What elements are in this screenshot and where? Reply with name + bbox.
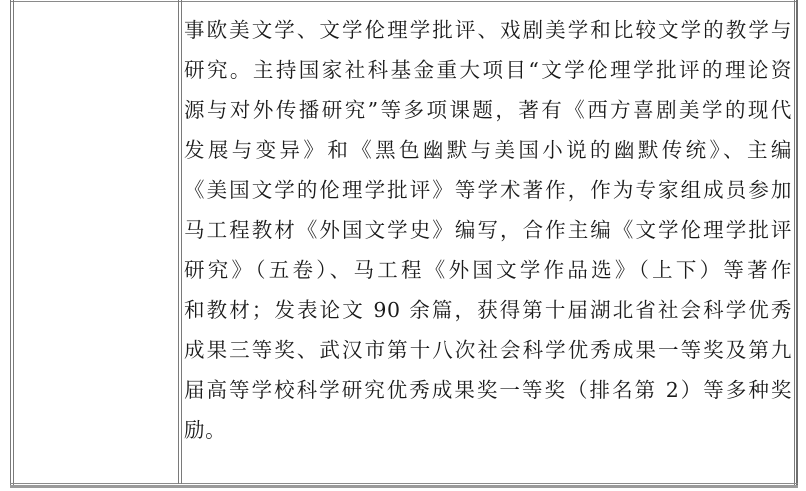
- text-line: 马工程教材《外国文学史》编写，合作主编《文学伦理学批评: [184, 210, 792, 250]
- text-line: 和教材；发表论文 90 余篇，获得第十届湖北省社会科学优秀: [184, 290, 792, 330]
- label-cell: [14, 2, 178, 483]
- text-line: 研究。主持国家社科基金重大项目“文学伦理学批评的理论资: [184, 50, 792, 90]
- text-line: 源与对外传播研究”等多项课题，著有《西方喜剧美学的现代: [184, 90, 792, 130]
- content-cell: 事欧美文学、文学伦理学批评、戏剧美学和比较文学的教学与 研究。主持国家社科基金重…: [184, 2, 792, 483]
- text-line: 事欧美文学、文学伦理学批评、戏剧美学和比较文学的教学与: [184, 10, 792, 50]
- text-line: 研究》（五卷）、马工程《外国文学作品选》（上下）等著作: [184, 250, 792, 290]
- text-line: 届高等学校科学研究优秀成果奖一等奖（排名第 2）等多种奖: [184, 370, 792, 410]
- text-line: 成果三等奖、武汉市第十八次社会科学优秀成果一等奖及第九: [184, 330, 792, 370]
- column-divider: [178, 0, 182, 484]
- text-line: 励。: [184, 410, 792, 450]
- table-border-right: [794, 0, 798, 488]
- text-line: 《美国文学的伦理学批评》等学术著作，作为专家组成员参加: [184, 170, 792, 210]
- table-border-bottom: [10, 483, 798, 488]
- text-line: 发展与变异》和《黑色幽默与美国小说的幽默传统》、主编: [184, 130, 792, 170]
- bio-table: 事欧美文学、文学伦理学批评、戏剧美学和比较文学的教学与 研究。主持国家社科基金重…: [10, 0, 798, 488]
